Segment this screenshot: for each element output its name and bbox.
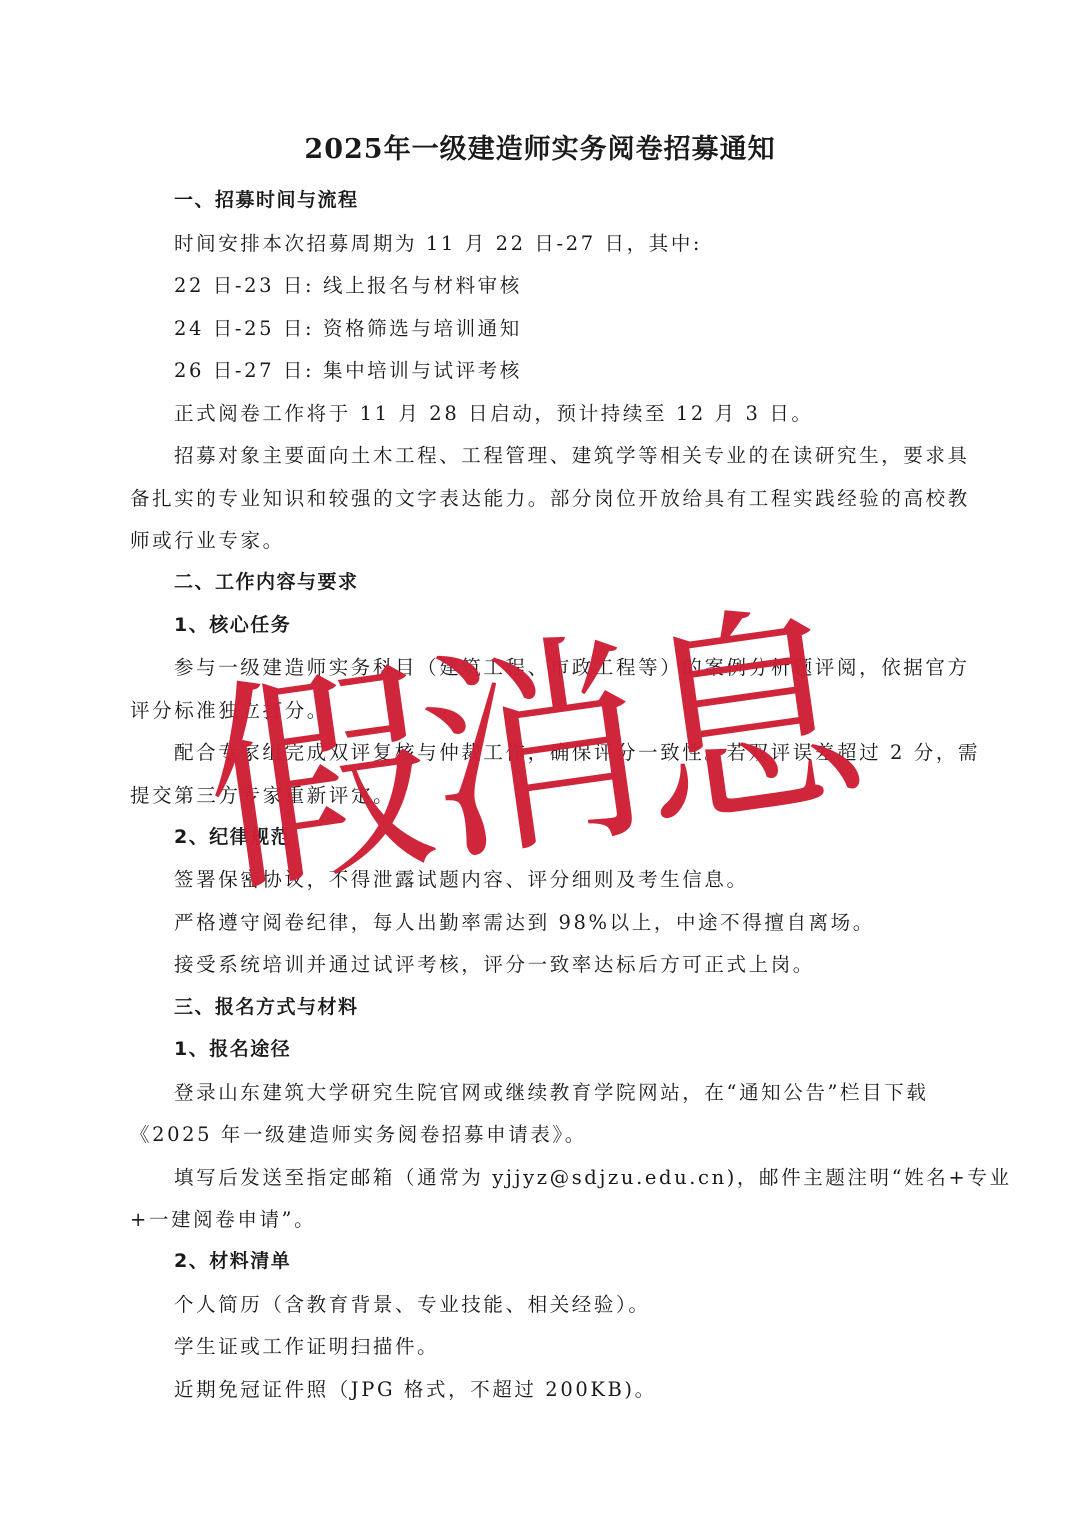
subsection-heading: 1、核心任务 [174,610,291,637]
subsection-heading: 2、材料清单 [174,1246,291,1273]
paragraph-line: 学生证或工作证明扫描件。 [174,1331,439,1359]
document-title: 2025年一级建造师实务阅卷招募通知 [0,127,1080,166]
paragraph-line: 24 日-25 日: 资格筛选与培训通知 [174,313,522,341]
paragraph-line: 提交第三方专家重新评定。 [130,780,395,808]
paragraph-line: 评分标准独立打分。 [130,695,329,723]
paragraph-line: 备扎实的专业知识和较强的文字表达能力。部分岗位开放给具有工程实践经验的高校教 [130,483,970,511]
paragraph-line: 签署保密协议，不得泄露试题内容、评分细则及考生信息。 [174,864,749,892]
subsection-heading: 2、纪律规范 [174,822,291,849]
paragraph-line: 配合专家组完成双评复核与仲裁工作，确保评分一致性。若双评误差超过 2 分，需 [174,737,980,765]
paragraph-line: 26 日-27 日: 集中培训与试评考核 [174,355,522,383]
paragraph-line: 22 日-23 日: 线上报名与材料审核 [174,270,522,298]
paragraph-line: 登录山东建筑大学研究生院官网或继续教育学院网站，在“通知公告”栏目下载 [174,1077,928,1105]
paragraph-line: 填写后发送至指定邮箱（通常为 yjjyz@sdjzu.edu.cn)，邮件主题注… [174,1162,1012,1190]
paragraph-line: 参与一级建造师实务科目（建筑工程、市政工程等）的案例分析题评阅，依据官方 [174,652,970,680]
paragraph-line: 正式阅卷工作将于 11 月 28 日启动，预计持续至 12 月 3 日。 [174,398,814,426]
section-heading: 三、报名方式与材料 [174,992,359,1019]
paragraph-line: 时间安排本次招募周期为 11 月 22 日-27 日，其中: [174,228,702,256]
paragraph-line: +一建阅卷申请”。 [130,1204,316,1232]
paragraph-line: 师或行业专家。 [130,525,285,553]
paragraph-line: 《2025 年一级建造师实务阅卷招募申请表》。 [130,1119,587,1147]
paragraph-line: 接受系统培训并通过试评考核，评分一致率达标后方可正式上岗。 [174,949,815,977]
paragraph-line: 招募对象主要面向土木工程、工程管理、建筑学等相关专业的在读研究生，要求具 [174,440,970,468]
paragraph-line: 近期免冠证件照（JPG 格式，不超过 200KB)。 [174,1374,657,1402]
paragraph-line: 个人简历（含教育背景、专业技能、相关经验）。 [174,1289,650,1317]
paragraph-line: 严格遵守阅卷纪律，每人出勤率需达到 98%以上，中途不得擅自离场。 [174,907,875,935]
section-heading: 二、工作内容与要求 [174,567,359,594]
subsection-heading: 1、报名途径 [174,1034,291,1061]
document-page: 2025年一级建造师实务阅卷招募通知 一、招募时间与流程 时间安排本次招募周期为… [0,0,1080,1527]
section-heading: 一、招募时间与流程 [174,185,359,212]
